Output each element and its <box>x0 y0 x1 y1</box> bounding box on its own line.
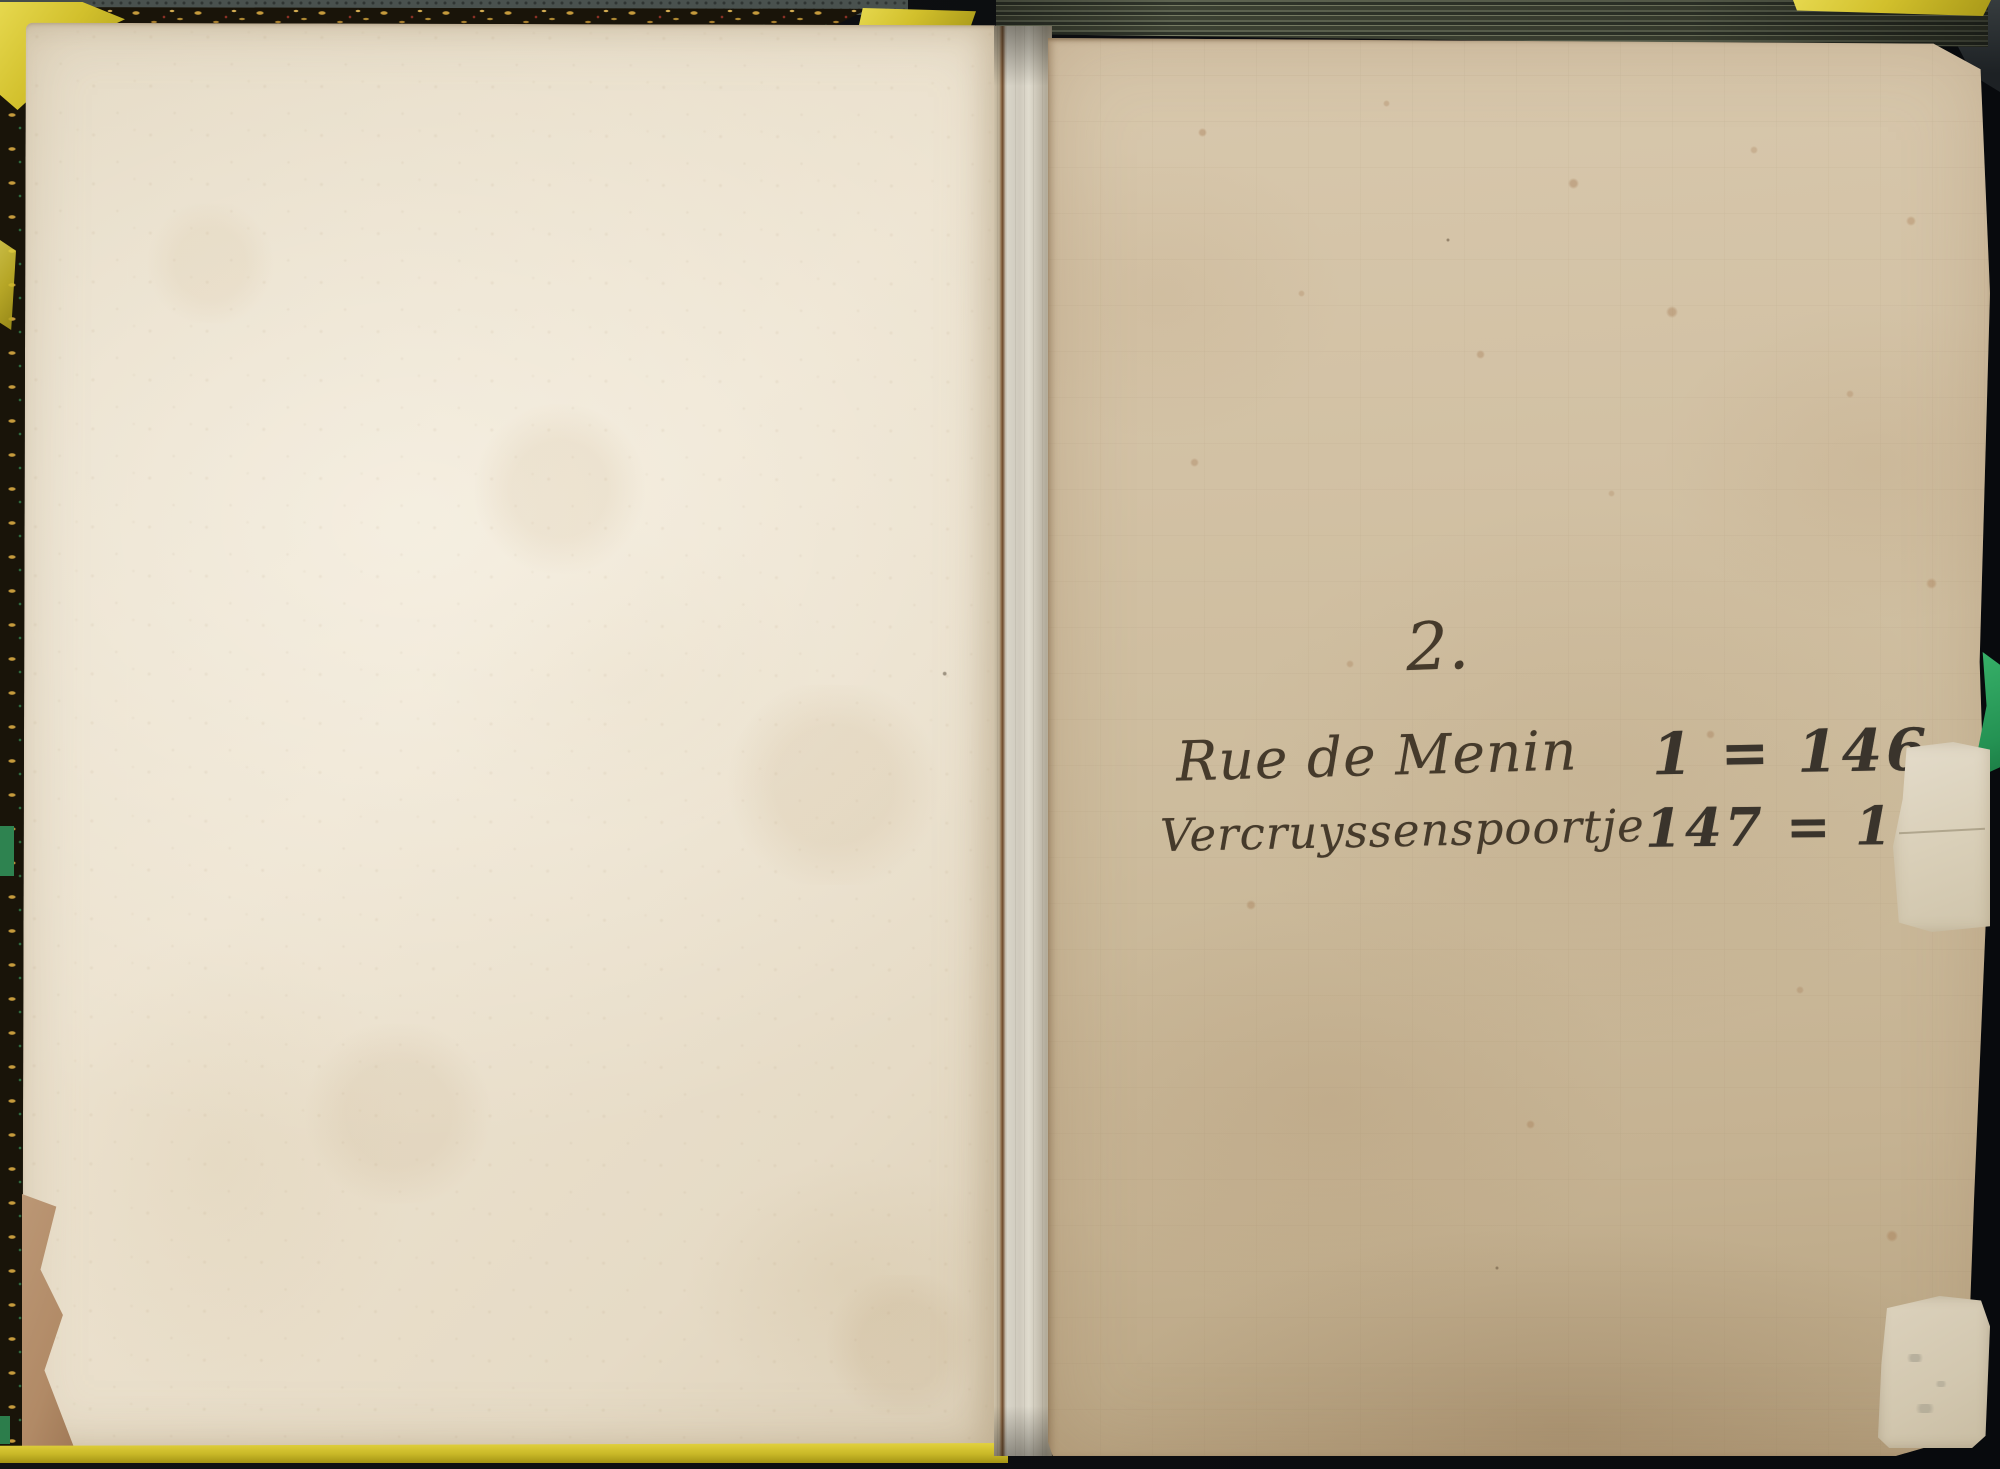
gutter-shadow-top <box>994 26 1052 86</box>
book-scan: 2. Rue de Menin 1 = 146 Vercruyssenspoor… <box>0 0 2000 1469</box>
yellow-tape-bottom-edge <box>0 1443 1008 1463</box>
green-cover-fragment-lower <box>0 1416 10 1444</box>
page-range-entry-1: 1 = 146 <box>1651 716 1931 789</box>
book-gutter <box>994 26 1052 1456</box>
handwritten-page-number: 2. <box>1405 607 1471 686</box>
repair-patch-lower-right <box>1878 1296 1990 1448</box>
street-name-entry-1: Rue de Menin <box>1175 718 1578 793</box>
gutter-fold-streaks <box>994 26 1052 1456</box>
gutter-shadow-bottom <box>994 1406 1052 1456</box>
left-page-stains <box>22 23 1000 1450</box>
street-name-entry-2: Vercruyssenspoortje <box>1159 799 1645 862</box>
repair-patch-crease <box>1899 828 1985 834</box>
repair-patch-upper-right <box>1893 742 1990 932</box>
green-cover-fragment-upper <box>0 826 14 876</box>
left-blank-page <box>22 23 1000 1450</box>
repair-patch-pencil-marks <box>1892 1326 1972 1426</box>
